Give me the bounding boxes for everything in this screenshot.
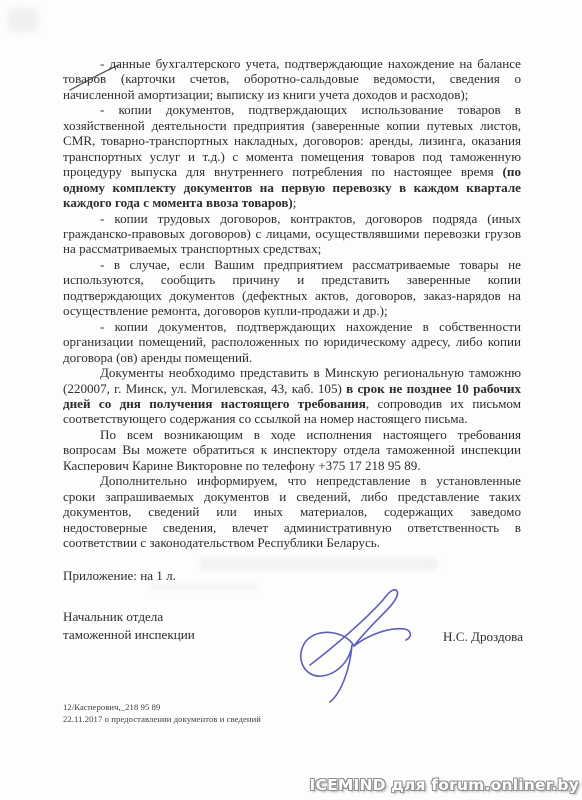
paragraph: Документы необходимо представить в Минск… [63,365,521,427]
letter-body: - данные бухгалтерского учета, подтвержд… [63,56,521,551]
reference-footer: 12/Касперович,_218 95 89 22.11.2017 о пр… [63,702,261,725]
text-segment: ; [293,195,297,210]
paragraph: - копии документов, подтверждающих нахож… [63,319,521,365]
signature-ink [280,583,440,711]
signer-name: Н.С. Дроздова [443,629,523,645]
paragraph: По всем возникающим в ходе исполнения на… [63,427,521,473]
paragraph: - в случае, если Вашим предприятием расс… [63,257,521,319]
reference-line-2: 22.11.2017 о предоставлении документов и… [63,714,261,726]
text-segment: - в случае, если Вашим предприятием расс… [63,257,521,318]
attachment-note: Приложение: на 1 л. [63,568,176,584]
scan-smudge [8,8,38,32]
reference-line-1: 12/Касперович,_218 95 89 [63,702,261,714]
paragraph: - данные бухгалтерского учета, подтвержд… [63,56,521,102]
paragraph: Дополнительно информируем, что непредста… [63,473,521,550]
text-segment: - данные бухгалтерского учета, подтвержд… [63,56,521,102]
text-segment: - копии документов, подтверждающих нахож… [63,319,521,365]
scanned-letter-page: - данные бухгалтерского учета, подтвержд… [0,0,582,800]
text-segment: Дополнительно информируем, что непредста… [63,473,521,550]
faded-text-smudge [200,558,438,570]
paragraph: - копии трудовых договоров, контрактов, … [63,211,521,257]
text-segment: - копии трудовых договоров, контрактов, … [63,211,521,257]
watermark: ICEMIND для forum.onliner.by [310,776,579,794]
position-title-line2: таможенной инспекции [63,626,195,644]
signoff-position: Начальник отдела таможенной инспекции [63,608,195,644]
text-segment: - копии документов, подтверждающих испол… [63,102,521,179]
faded-text-smudge [150,583,258,591]
position-title-line1: Начальник отдела [63,608,195,626]
paragraph: - копии документов, подтверждающих испол… [63,102,521,210]
text-segment: По всем возникающим в ходе исполнения на… [63,427,521,473]
